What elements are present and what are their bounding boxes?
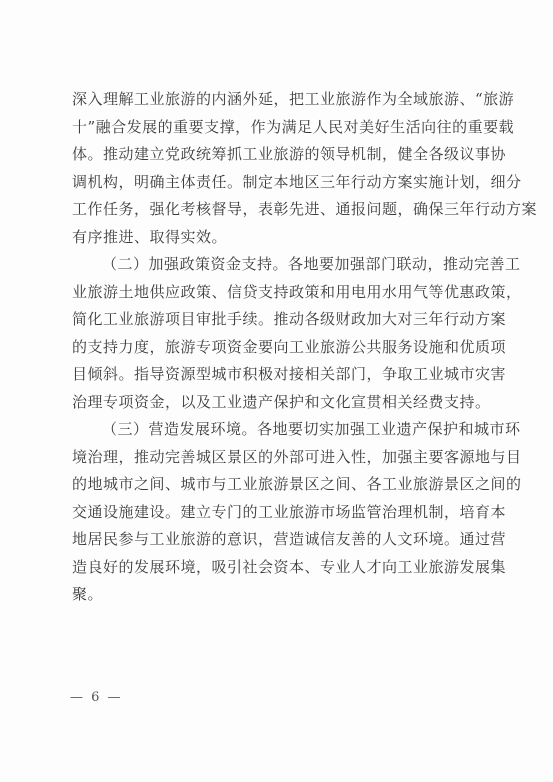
text-line: 境治理，推动完善城区景区的外部可进入性，加强主要客源地与目 xyxy=(72,444,482,472)
body-text: 深入理解工业旅游的内涵外延，把工业旅游作为全域旅游、“旅游十”融合发展的重要支撑… xyxy=(72,86,482,609)
text-line: 业旅游土地供应政策、信贷支持政策和用电用水用气等优惠政策， xyxy=(72,279,482,307)
text-line: 的地城市之间、城市与工业旅游景区之间、各工业旅游景区之间的 xyxy=(72,471,482,499)
text-line: 调机构，明确主体责任。制定本地区三年行动方案实施计划，细分 xyxy=(72,169,482,197)
paragraph-heading-line: （二）加强政策资金支持。各地要加强部门联动，推动完善工 xyxy=(72,251,482,279)
text-line: 十”融合发展的重要支撑，作为满足人民对美好生活向往的重要载 xyxy=(72,114,482,142)
text-line: 治理专项资金，以及工业遗产保护和文化宣贯相关经费支持。 xyxy=(72,389,482,417)
text-line: 造良好的发展环境，吸引社会资本、专业人才向工业旅游发展集 xyxy=(72,554,482,582)
text-line: 目倾斜。指导资源型城市积极对接相关部门，争取工业城市灾害 xyxy=(72,361,482,389)
text-line: 有序推进、取得实效。 xyxy=(72,224,482,252)
text-line: 交通设施建设。建立专门的工业旅游市场监管治理机制，培育本 xyxy=(72,499,482,527)
paragraph-heading-line: （三）营造发展环境。各地要切实加强工业遗产保护和城市环 xyxy=(72,416,482,444)
text-line: 深入理解工业旅游的内涵外延，把工业旅游作为全域旅游、“旅游 xyxy=(72,86,482,114)
text-line: 聚。 xyxy=(72,581,482,609)
document-page: 深入理解工业旅游的内涵外延，把工业旅游作为全域旅游、“旅游十”融合发展的重要支撑… xyxy=(0,0,553,782)
text-line: 体。推动建立党政统筹抓工业旅游的领导机制，健全各级议事协 xyxy=(72,141,482,169)
text-line: 地居民参与工业旅游的意识，营造诚信友善的人文环境。通过营 xyxy=(72,526,482,554)
text-line: 简化工业旅游项目审批手续。推动各级财政加大对三年行动方案 xyxy=(72,306,482,334)
page-number: — 6 — xyxy=(70,690,123,705)
text-line: 工作任务，强化考核督导，表彰先进、通报问题，确保三年行动方案 xyxy=(72,196,482,224)
text-line: 的支持力度，旅游专项资金要向工业旅游公共服务设施和优质项 xyxy=(72,334,482,362)
